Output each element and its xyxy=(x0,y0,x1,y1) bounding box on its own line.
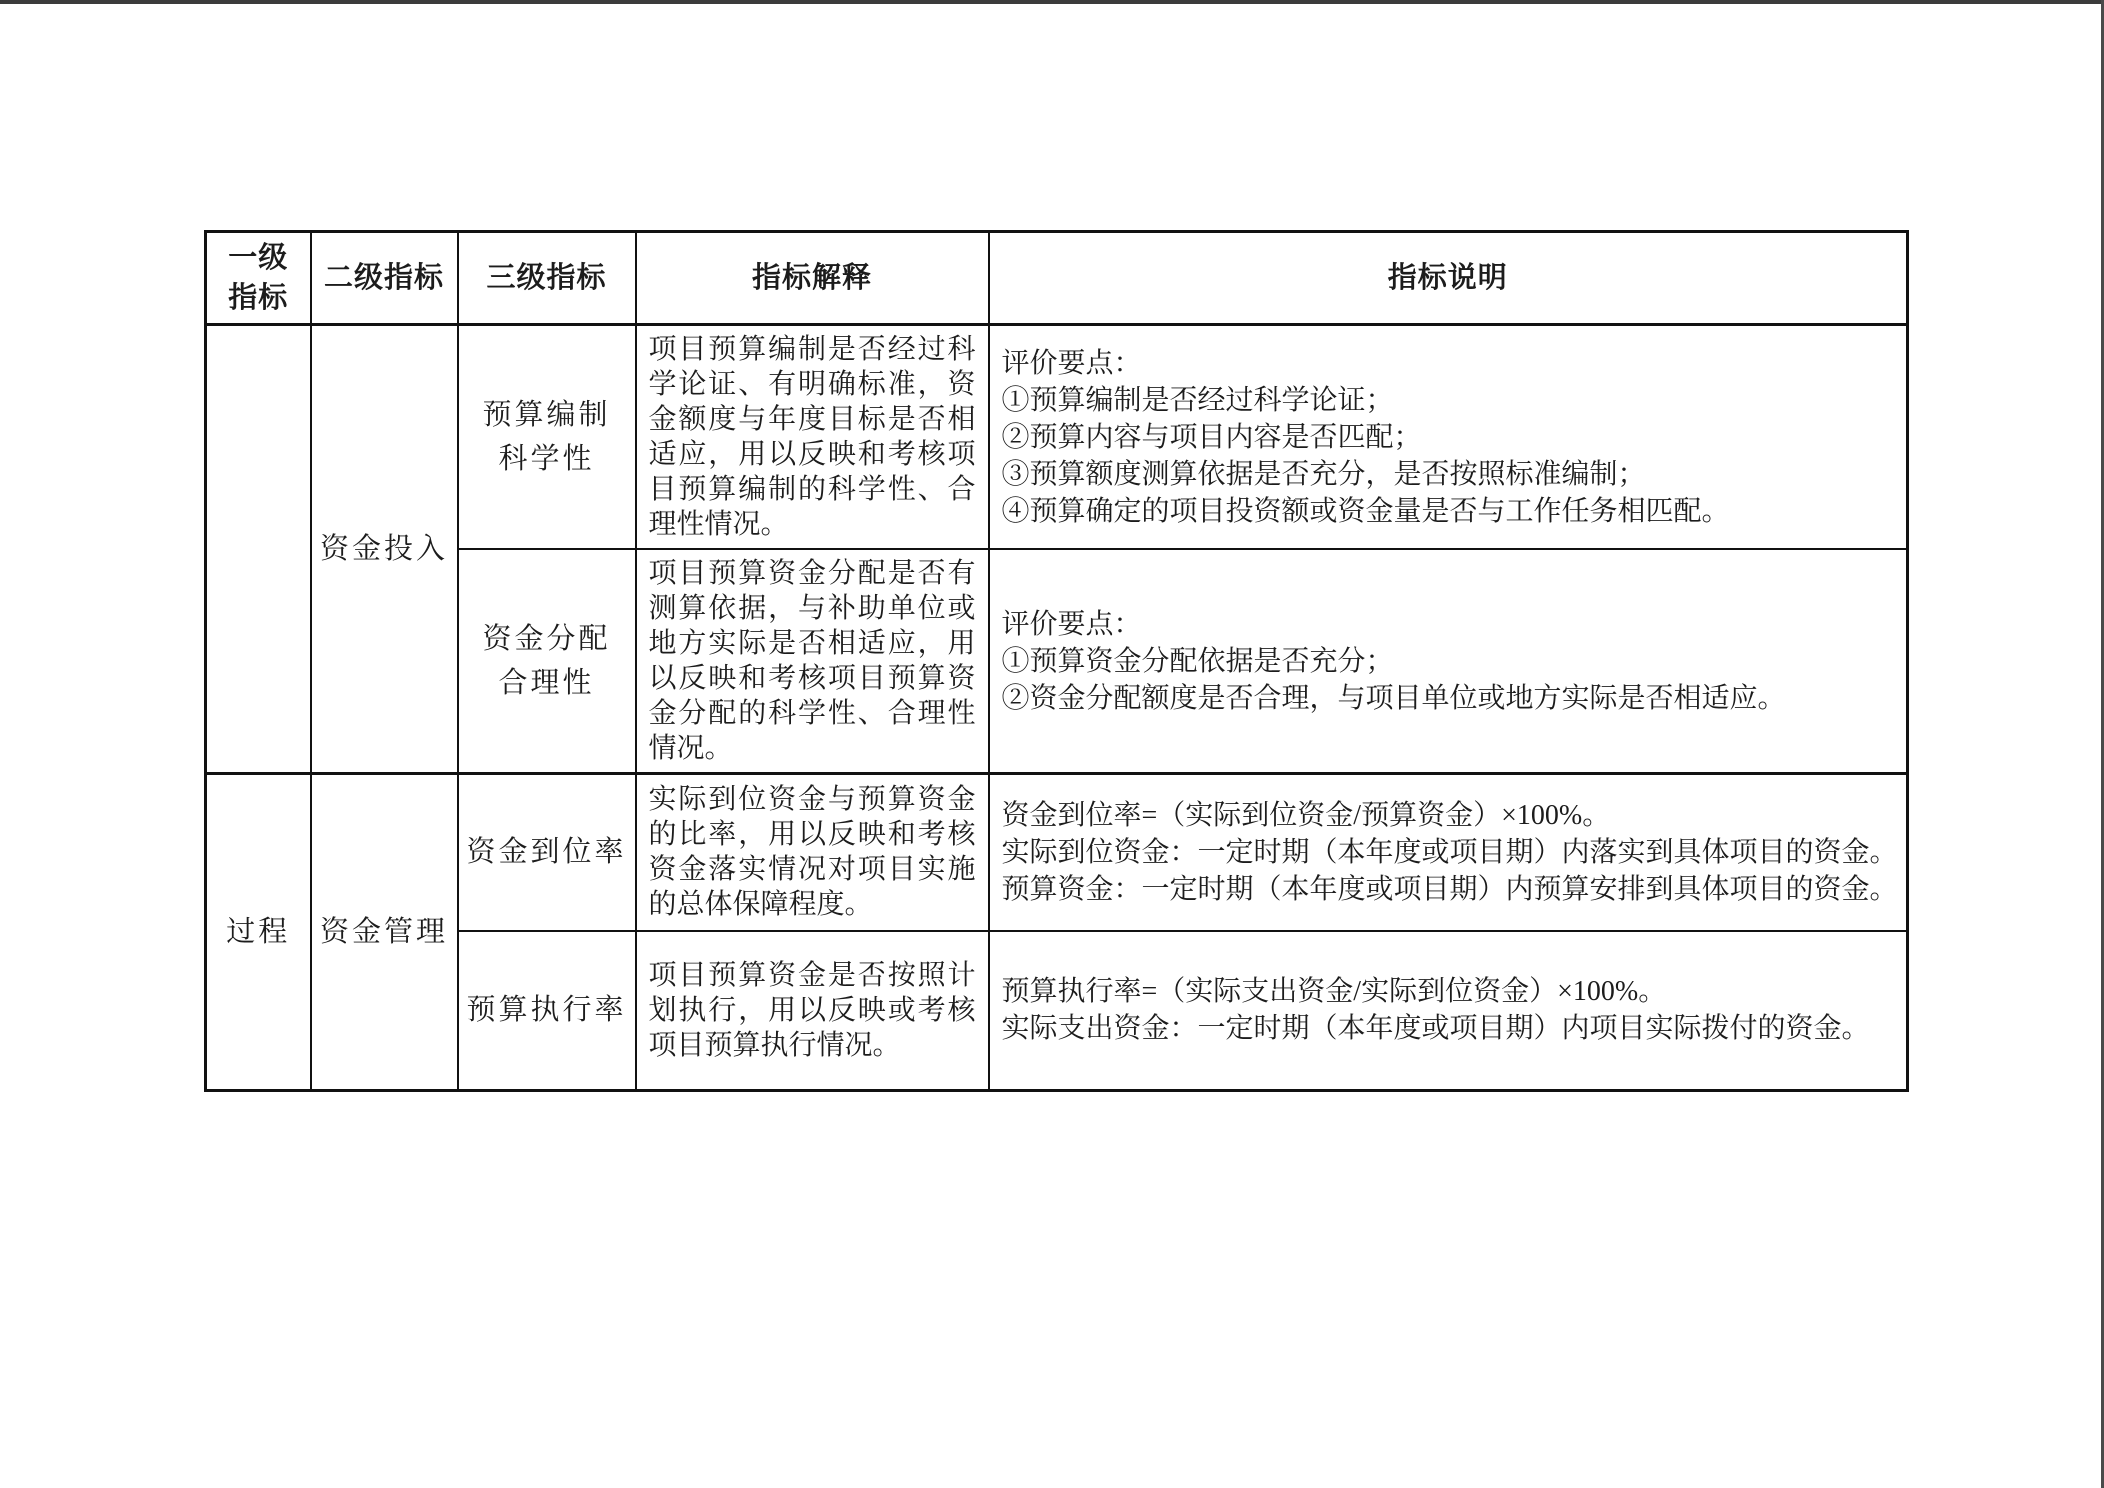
table-header-row: 一级 指标 二级指标 三级指标 指标解释 指标说明 xyxy=(206,232,1908,325)
description-line: ①预算编制是否经过科学论证； xyxy=(1002,382,1901,419)
explanation-text: 项目预算编制是否经过科学论证、有明确标准，资金额度与年度目标是否相适应，用以反映… xyxy=(637,326,988,548)
cell-level1-blank xyxy=(206,325,311,774)
description-line: 评价要点： xyxy=(1002,606,1901,643)
cell-description: 资金到位率=（实际到位资金/预算资金）×100%。 实际到位资金：一定时期（本年… xyxy=(989,774,1908,931)
cell-explanation: 实际到位资金与预算资金的比率，用以反映和考核资金落实情况对项目实施的总体保障程度… xyxy=(636,774,989,931)
table-row-fund-allocation: 资金分配 合理性 项目预算资金分配是否有测算依据，与补助单位或地方实际是否相适应… xyxy=(206,549,1908,774)
cell-level2-fund-input: 资金投入 xyxy=(311,325,458,774)
cell-level2-fund-management: 资金管理 xyxy=(311,774,458,1091)
header-level1-indicator: 一级 指标 xyxy=(206,232,311,325)
description-line: ②预算内容与项目内容是否匹配； xyxy=(1002,419,1901,456)
cell-description: 预算执行率=（实际支出资金/实际到位资金）×100%。 实际支出资金：一定时期（… xyxy=(989,931,1908,1091)
table-row-budget-compilation: 资金投入 预算编制 科学性 项目预算编制是否经过科学论证、有明确标准，资金额度与… xyxy=(206,325,1908,550)
description-line: 预算资金：一定时期（本年度或项目期）内预算安排到具体项目的资金。 xyxy=(1002,871,1901,908)
description-line: 评价要点： xyxy=(1002,345,1901,382)
description-line: 实际支出资金：一定时期（本年度或项目期）内项目实际拨付的资金。 xyxy=(1002,1010,1901,1047)
indicator-table: 一级 指标 二级指标 三级指标 指标解释 指标说明 资金投入 预算编制 科学性 … xyxy=(204,230,1909,1092)
description-line: 资金到位率=（实际到位资金/预算资金）×100%。 xyxy=(1002,797,1901,834)
cell-level3-fund-arrival-rate: 资金到位率 xyxy=(458,774,636,931)
document-page: 一级 指标 二级指标 三级指标 指标解释 指标说明 资金投入 预算编制 科学性 … xyxy=(0,0,2104,1488)
header-level2-indicator: 二级指标 xyxy=(311,232,458,325)
cell-explanation: 项目预算资金是否按照计划执行，用以反映或考核项目预算执行情况。 xyxy=(636,931,989,1091)
explanation-text: 实际到位资金与预算资金的比率，用以反映和考核资金落实情况对项目实施的总体保障程度… xyxy=(637,776,988,928)
description-line: ②资金分配额度是否合理，与项目单位或地方实际是否相适应。 xyxy=(1002,680,1901,717)
explanation-text: 项目预算资金分配是否有测算依据，与补助单位或地方实际是否相适应，用以反映和考核项… xyxy=(637,550,988,772)
explanation-text: 项目预算资金是否按照计划执行，用以反映或考核项目预算执行情况。 xyxy=(637,952,988,1069)
description-line: ④预算确定的项目投资额或资金量是否与工作任务相匹配。 xyxy=(1002,493,1901,530)
header-level3-indicator: 三级指标 xyxy=(458,232,636,325)
cell-description: 评价要点： ①预算编制是否经过科学论证； ②预算内容与项目内容是否匹配； ③预算… xyxy=(989,325,1908,550)
description-line: ①预算资金分配依据是否充分； xyxy=(1002,643,1901,680)
table-row-fund-arrival-rate: 过程 资金管理 资金到位率 实际到位资金与预算资金的比率，用以反映和考核资金落实… xyxy=(206,774,1908,931)
cell-level3-budget-execution-rate: 预算执行率 xyxy=(458,931,636,1091)
cell-level3-budget-compilation: 预算编制 科学性 xyxy=(458,325,636,550)
cell-explanation: 项目预算编制是否经过科学论证、有明确标准，资金额度与年度目标是否相适应，用以反映… xyxy=(636,325,989,550)
description-line: 实际到位资金：一定时期（本年度或项目期）内落实到具体项目的资金。 xyxy=(1002,834,1901,871)
header-indicator-description: 指标说明 xyxy=(989,232,1908,325)
cell-level3-fund-allocation: 资金分配 合理性 xyxy=(458,549,636,774)
cell-explanation: 项目预算资金分配是否有测算依据，与补助单位或地方实际是否相适应，用以反映和考核项… xyxy=(636,549,989,774)
screenshot-top-edge xyxy=(0,0,2104,4)
header-indicator-explanation: 指标解释 xyxy=(636,232,989,325)
cell-description: 评价要点： ①预算资金分配依据是否充分； ②资金分配额度是否合理，与项目单位或地… xyxy=(989,549,1908,774)
table-row-budget-execution-rate: 预算执行率 项目预算资金是否按照计划执行，用以反映或考核项目预算执行情况。 预算… xyxy=(206,931,1908,1091)
cell-level1-process: 过程 xyxy=(206,774,311,1091)
description-line: 预算执行率=（实际支出资金/实际到位资金）×100%。 xyxy=(1002,973,1901,1010)
description-line: ③预算额度测算依据是否充分，是否按照标准编制； xyxy=(1002,456,1901,493)
